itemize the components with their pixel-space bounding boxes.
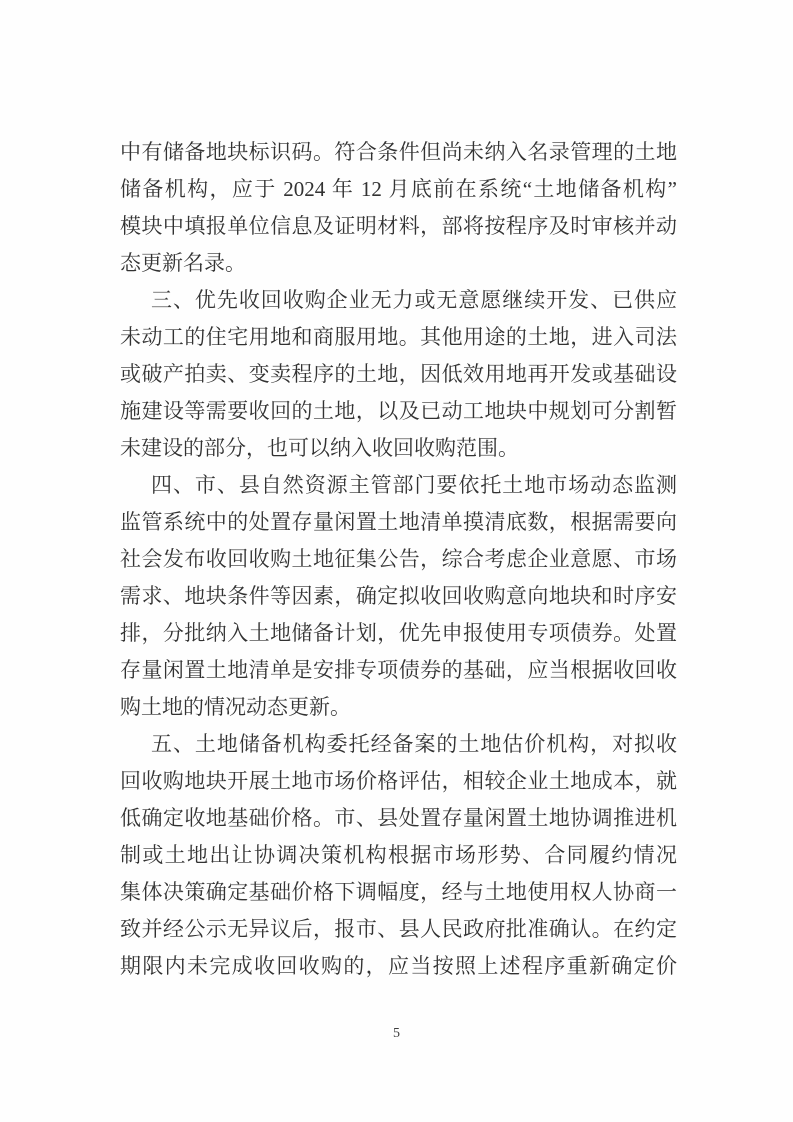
text-line: 未建设的部分，也可以纳入收回收购范围。 bbox=[120, 430, 677, 467]
text-line: 或破产拍卖、变卖程序的土地，因低效用地再开发或基础设 bbox=[120, 356, 677, 393]
text-line: 监管系统中的处置存量闲置土地清单摸清底数，根据需要向 bbox=[120, 504, 677, 541]
text-line: 模块中填报单位信息及证明材料，部将按程序及时审核并动 bbox=[120, 208, 677, 245]
text-line: 储备机构，应于 2024 年 12 月底前在系统“土地储备机构” bbox=[120, 171, 677, 208]
text-line: 施建设等需要收回的土地，以及已动工地块中规划可分割暂 bbox=[120, 393, 677, 430]
text-line: 社会发布收回收购土地征集公告，综合考虑企业意愿、市场 bbox=[120, 541, 677, 578]
text-line: 态更新名录。 bbox=[120, 245, 677, 282]
text-block: 中有储备地块标识码。符合条件但尚未纳入名录管理的土地储备机构，应于 2024 年… bbox=[120, 134, 677, 985]
text-line: 集体决策确定基础价格下调幅度，经与土地使用权人协商一 bbox=[120, 874, 677, 911]
text-line: 致并经公示无异议后，报市、县人民政府批准确认。在约定 bbox=[120, 911, 677, 948]
text-line: 需求、地块条件等因素，确定拟收回收购意向地块和时序安 bbox=[120, 578, 677, 615]
text-line: 未动工的住宅用地和商服用地。其他用途的土地，进入司法 bbox=[120, 319, 677, 356]
text-line: 期限内未完成收回收购的，应当按照上述程序重新确定价格。 bbox=[120, 948, 677, 985]
text-line: 四、市、县自然资源主管部门要依托土地市场动态监测 bbox=[120, 467, 677, 504]
page-number: 5 bbox=[0, 1024, 793, 1044]
text-line: 制或土地出让协调决策机构根据市场形势、合同履约情况等， bbox=[120, 837, 677, 874]
text-line: 中有储备地块标识码。符合条件但尚未纳入名录管理的土地 bbox=[120, 134, 677, 171]
text-line: 购土地的情况动态更新。 bbox=[120, 689, 677, 726]
text-line: 五、土地储备机构委托经备案的土地估价机构，对拟收 bbox=[120, 726, 677, 763]
text-line: 排，分批纳入土地储备计划，优先申报使用专项债券。处置 bbox=[120, 615, 677, 652]
document-page: 中有储备地块标识码。符合条件但尚未纳入名录管理的土地储备机构，应于 2024 年… bbox=[0, 0, 793, 1122]
text-line: 低确定收地基础价格。市、县处置存量闲置土地协调推进机 bbox=[120, 800, 677, 837]
text-line: 三、优先收回收购企业无力或无意愿继续开发、已供应 bbox=[120, 282, 677, 319]
text-line: 存量闲置土地清单是安排专项债券的基础，应当根据收回收 bbox=[120, 652, 677, 689]
text-line: 回收购地块开展土地市场价格评估，相较企业土地成本，就 bbox=[120, 763, 677, 800]
